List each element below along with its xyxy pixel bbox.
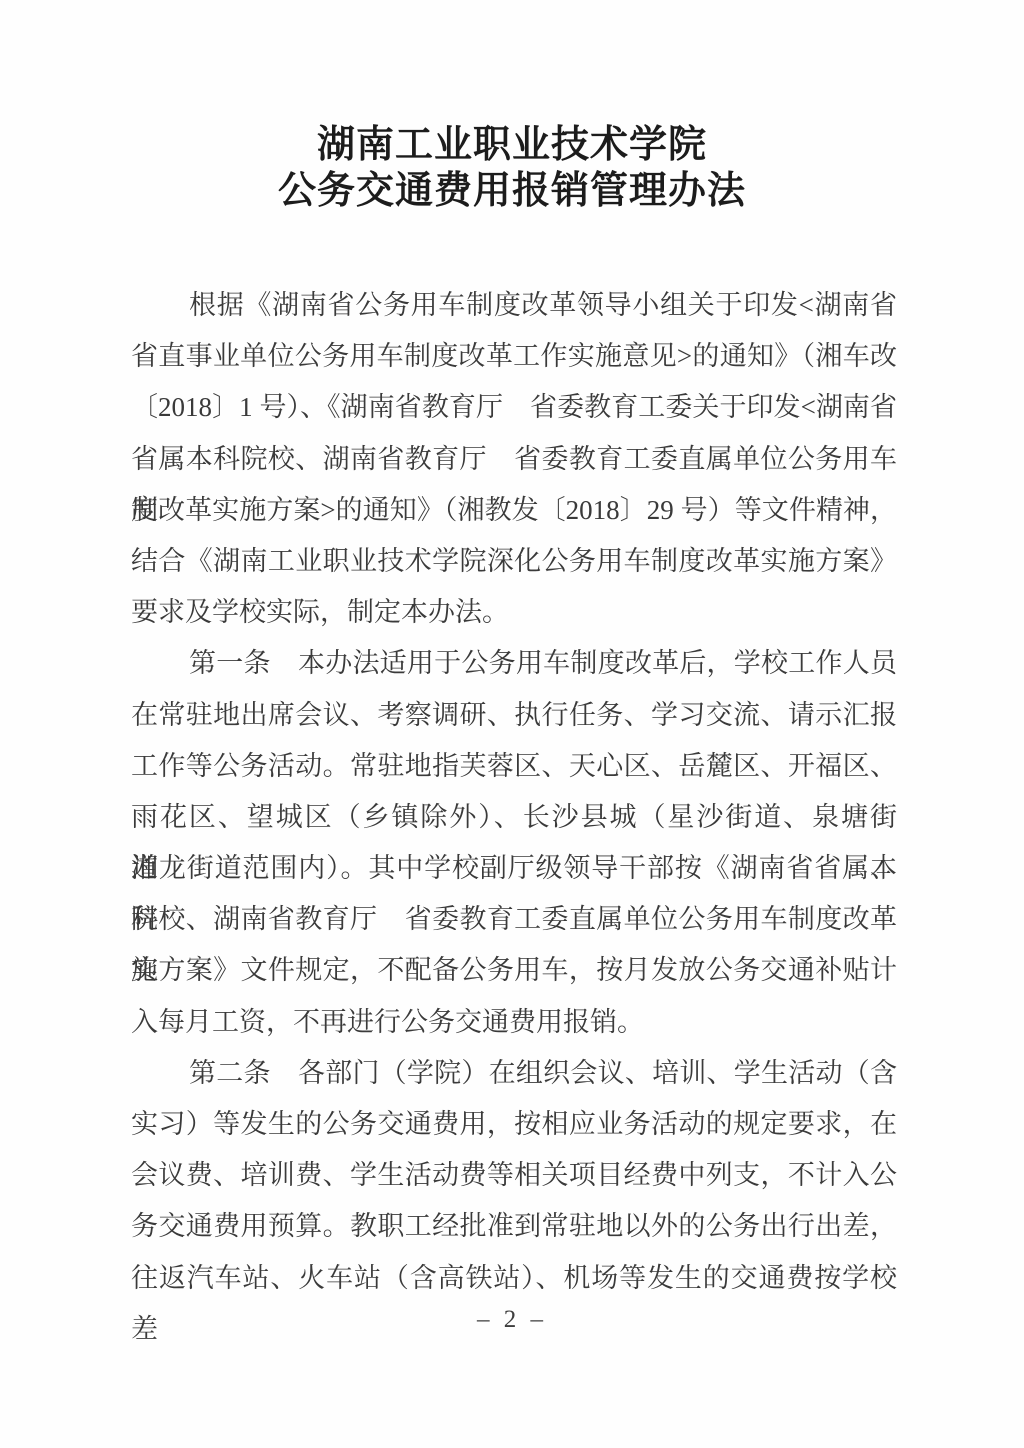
body-text-line: 务交通费用预算。教职工经批准到常驻地以外的公务出行出差， (131, 1201, 897, 1252)
document-body: 根据《湖南省公务用车制度改革领导小组关于印发<湖南省省直事业单位公务用车制度改革… (131, 280, 897, 1304)
body-text-line: 省属本科院校、湖南省教育厅 省委教育工委直属单位公务用车制 (131, 434, 897, 485)
page-number: – 2 – (0, 1300, 1024, 1340)
document-title-line-1: 湖南工业职业技术学院 (0, 122, 1024, 168)
body-text-line: 往返汽车站、火车站（含高铁站）、机场等发生的交通费按学校差 (131, 1253, 897, 1304)
body-text-line: 实习）等发生的公务交通费用，按相应业务活动的规定要求，在 (131, 1099, 897, 1150)
body-text-line: 第二条 各部门（学院）在组织会议、培训、学生活动（含 (131, 1048, 897, 1099)
body-text-line: 根据《湖南省公务用车制度改革领导小组关于印发<湖南省 (131, 280, 897, 331)
body-text-line: 入每月工资，不再进行公务交通费用报销。 (131, 997, 897, 1048)
body-text-line: 院校、湖南省教育厅 省委教育工委直属单位公务用车制度改革实 (131, 894, 897, 945)
body-text-line: 结合《湖南工业职业技术学院深化公务用车制度改革实施方案》 (131, 536, 897, 587)
body-text-line: 会议费、培训费、学生活动费等相关项目经费中列支，不计入公 (131, 1150, 897, 1201)
body-text-line: 施方案》文件规定，不配备公务用车，按月发放公务交通补贴计 (131, 945, 897, 996)
body-text-line: 在常驻地出席会议、考察调研、执行任务、学习交流、请示汇报 (131, 690, 897, 741)
body-text-line: 第一条 本办法适用于公务用车制度改革后，学校工作人员 (131, 638, 897, 689)
body-text-line: 湘龙街道范围内）。其中学校副厅级领导干部按《湖南省省属本科 (131, 843, 897, 894)
body-text-line: 雨花区、望城区（乡镇除外）、长沙县城（星沙街道、泉塘街道、 (131, 792, 897, 843)
body-text-line: 省直事业单位公务用车制度改革工作实施意见>的通知》（湘车改 (131, 331, 897, 382)
body-text-line: 要求及学校实际，制定本办法。 (131, 587, 897, 638)
document-page: 湖南工业职业技术学院 公务交通费用报销管理办法 根据《湖南省公务用车制度改革领导… (0, 0, 1024, 1448)
document-title-line-2: 公务交通费用报销管理办法 (0, 168, 1024, 214)
body-text-line: 度改革实施方案>的通知》（湘教发〔2018〕29 号）等文件精神， (131, 485, 897, 536)
document-title: 湖南工业职业技术学院 公务交通费用报销管理办法 (0, 122, 1024, 214)
body-text-line: 〔2018〕1 号）、《湖南省教育厅 省委教育工委关于印发<湖南省 (131, 382, 897, 433)
body-text-line: 工作等公务活动。常驻地指芙蓉区、天心区、岳麓区、开福区、 (131, 741, 897, 792)
